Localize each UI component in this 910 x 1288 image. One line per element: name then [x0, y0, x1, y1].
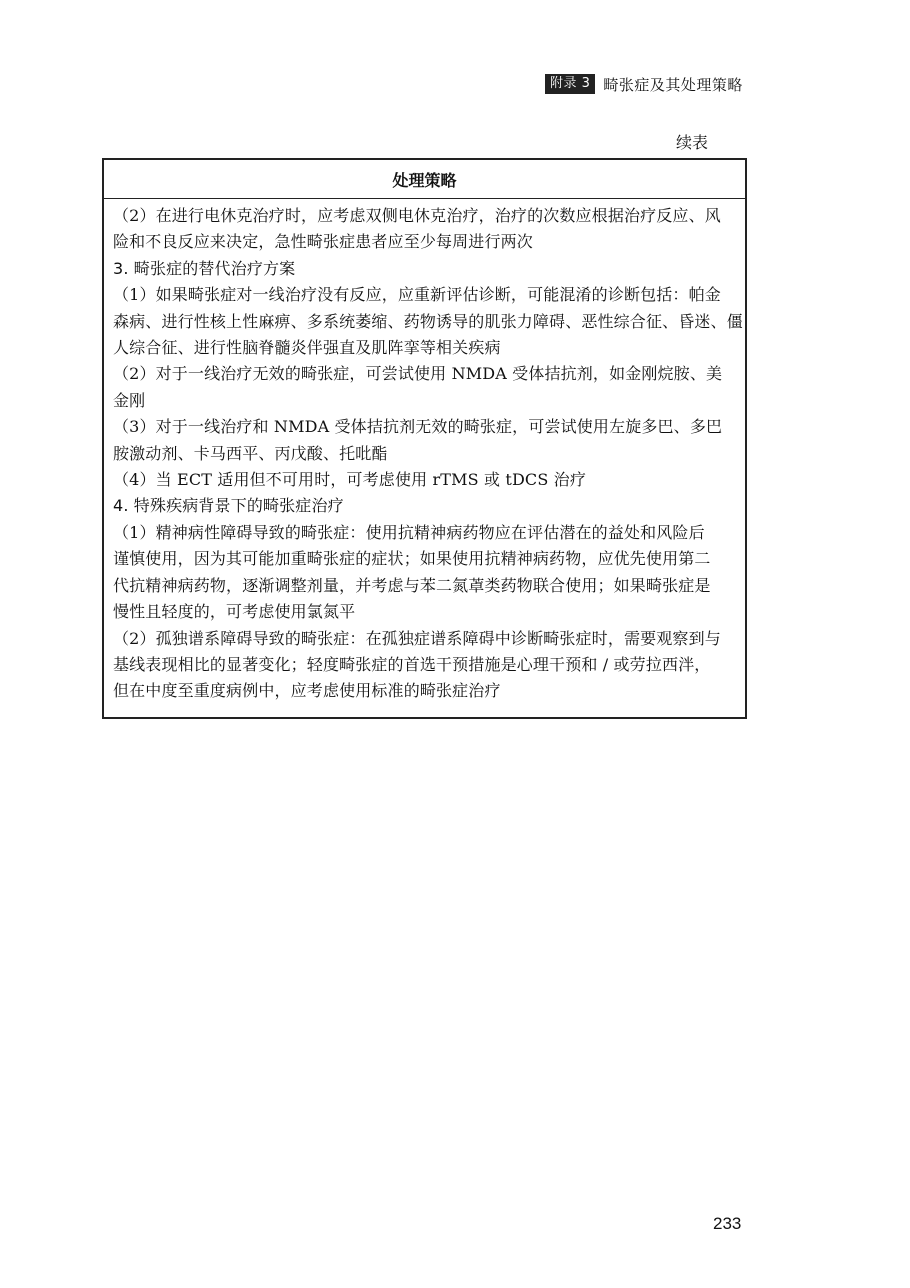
- table-line: 慢性且轻度的，可考虑使用氯氮平: [113, 599, 736, 625]
- table-header: 处理策略: [104, 160, 745, 199]
- table-line: 金刚: [113, 388, 736, 414]
- table-line: （4）当 ECT 适用但不可用时，可考虑使用 rTMS 或 tDCS 治疗: [113, 467, 736, 493]
- section-heading: 4. 特殊疾病背景下的畸张症治疗: [113, 493, 736, 519]
- running-header: 附录 3 畸张症及其处理策略: [545, 72, 743, 96]
- table-line: 基线表现相比的显著变化；轻度畸张症的首选干预措施是心理干预和 / 或劳拉西泮，: [113, 652, 736, 678]
- table-line: （1）精神病性障碍导致的畸张症：使用抗精神病药物应在评估潜在的益处和风险后: [113, 520, 736, 546]
- table-line: （2）对于一线治疗无效的畸张症，可尝试使用 NMDA 受体拮抗剂，如金刚烷胺、美: [113, 361, 736, 387]
- table-body: （2）在进行电休克治疗时，应考虑双侧电休克治疗，治疗的次数应根据治疗反应、风 险…: [104, 199, 745, 717]
- chapter-title: 畸张症及其处理策略: [603, 74, 743, 95]
- table-line: （2）在进行电休克治疗时，应考虑双侧电休克治疗，治疗的次数应根据治疗反应、风: [113, 203, 736, 229]
- table-line: 人综合征、进行性脑脊髓炎伴强直及肌阵挛等相关疾病: [113, 335, 736, 361]
- table-line: （2）孤独谱系障碍导致的畸张症：在孤独症谱系障碍中诊断畸张症时，需要观察到与: [113, 626, 736, 652]
- table-line: 胺激动剂、卡马西平、丙戊酸、托吡酯: [113, 441, 736, 467]
- table-line: 但在中度至重度病例中，应考虑使用标准的畸张症治疗: [113, 678, 736, 704]
- strategy-table: 处理策略 （2）在进行电休克治疗时，应考虑双侧电休克治疗，治疗的次数应根据治疗反…: [102, 158, 747, 719]
- table-line: （1）如果畸张症对一线治疗没有反应，应重新评估诊断，可能混淆的诊断包括：帕金: [113, 282, 736, 308]
- table-line: 森病、进行性核上性麻痹、多系统萎缩、药物诱导的肌张力障碍、恶性综合征、昏迷、僵: [113, 309, 736, 335]
- section-heading: 3. 畸张症的替代治疗方案: [113, 256, 736, 282]
- table-line: 谨慎使用，因为其可能加重畸张症的症状；如果使用抗精神病药物，应优先使用第二: [113, 546, 736, 572]
- appendix-badge: 附录 3: [545, 74, 595, 94]
- page-number: 233: [713, 1214, 741, 1234]
- table-line: （3）对于一线治疗和 NMDA 受体拮抗剂无效的畸张症，可尝试使用左旋多巴、多巴: [113, 414, 736, 440]
- continued-table-label: 续表: [676, 130, 708, 153]
- table-line: 险和不良反应来决定，急性畸张症患者应至少每周进行两次: [113, 229, 736, 255]
- table-line: 代抗精神病药物，逐渐调整剂量，并考虑与苯二氮䓬类药物联合使用；如果畸张症是: [113, 573, 736, 599]
